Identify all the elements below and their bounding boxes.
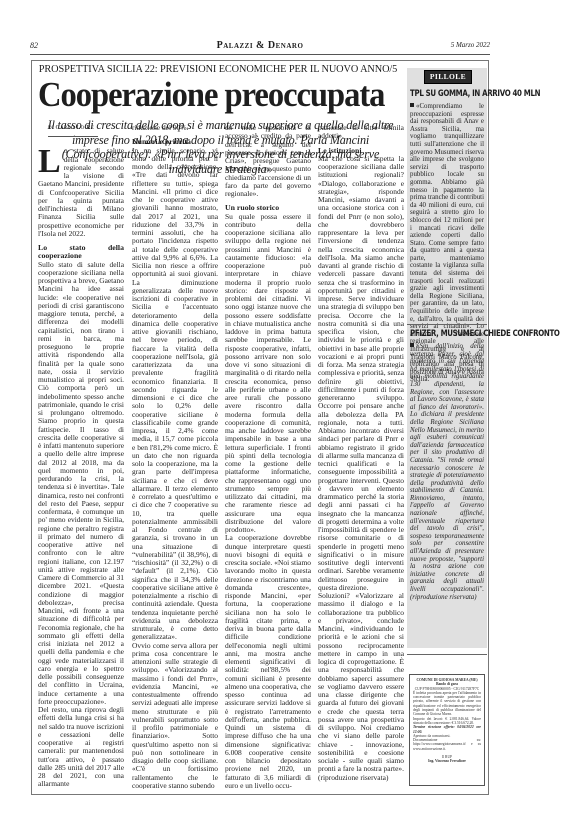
paragraph: In un simile scenario, vi sono delle pri… (132, 147, 218, 642)
paragraph: Sullo stato di salute della cooperazione… (38, 261, 124, 707)
brief-body: «Sin dall'inizio della vertenza Pfizer, … (410, 343, 484, 601)
brief-headline: TPL SU GOMMA, IN ARRIVO 40 MLN (410, 90, 471, 99)
article-body: di Carlo Lo Re Lo stato di salute della … (38, 124, 403, 789)
byline: di Carlo Lo Re (38, 124, 124, 132)
tender-notice: COMUNE DI GIOIOSA MAREA (ME) Bando di ga… (409, 674, 485, 786)
column-4: pazionale di oltre 60mila addetti». Le i… (318, 124, 404, 789)
paragraph: Soluzioni? «Valorizzare al massimo il di… (318, 592, 404, 782)
subheading-stato: Lo stato della cooperazione (38, 244, 124, 261)
paragraph: Del resto, una riprova degli effetti del… (38, 706, 124, 789)
paragraph: Su quale possa essere il contributo dell… (225, 213, 311, 535)
paragraph: Ma che cosa si aspetta la cooperazione s… (318, 155, 404, 592)
sidebar-bottom-divider (407, 654, 487, 655)
paragraph: pazionale di oltre 60mila addetti». (318, 124, 404, 141)
pillole-label: PILLOLE (424, 70, 472, 84)
notice-docs: Documentazione su: https://www.comunegio… (413, 738, 481, 751)
brief-divider (407, 324, 487, 325)
paragraph: La cooperazione dovrebbe dunque interpre… (225, 534, 311, 789)
publication-title: Palazzi & Denaro (30, 40, 490, 51)
bullet-square-icon (410, 103, 414, 107)
lead-paragraph: Lo stato di salute della cooperazione re… (38, 147, 124, 238)
bullet-square-icon (410, 343, 414, 347)
drop-cap: L (38, 148, 61, 176)
issue-date: 5 Marzo 2022 (451, 41, 490, 49)
notice-body: È indetta procedura aperta per l'affidam… (413, 691, 481, 717)
brief-headline: PFIZER, MUSUMECI CHIEDE CONFRONTO (410, 330, 471, 339)
notice-signer-name: Ing. Vincenzo Ferrafiore (413, 759, 481, 763)
column-1: di Carlo Lo Re Lo stato di salute della … (38, 124, 124, 789)
brief-pfizer: PFIZER, MUSUMECI CHIEDE CONFRONTO «Sin d… (410, 330, 484, 601)
paragraph: do nelle possibilità di accesso al credi… (225, 124, 311, 198)
notice-amounts: Importo dei lavori: € 2.081.846,64. Valo… (413, 717, 481, 726)
paragraph: riduzione del 90%. (132, 124, 218, 132)
masthead: 82 Palazzi & Denaro 5 Marzo 2022 (30, 40, 490, 55)
column-2: riduzione del 90%. Numeri e priorità In … (132, 124, 218, 789)
column-3: do nelle possibilità di accesso al credi… (225, 124, 311, 789)
paragraph: Ovvio come serva allora per prima cosa c… (132, 642, 218, 789)
article-headline: Cooperazione preoccupata (38, 74, 377, 116)
notice-deadline: Termine ricezione offerte: 04/04/2022 or… (413, 725, 481, 734)
byline-divider (48, 136, 98, 137)
pillole-sidebar: PILLOLE TPL SU GOMMA, IN ARRIVO 40 MLN «… (407, 68, 487, 648)
